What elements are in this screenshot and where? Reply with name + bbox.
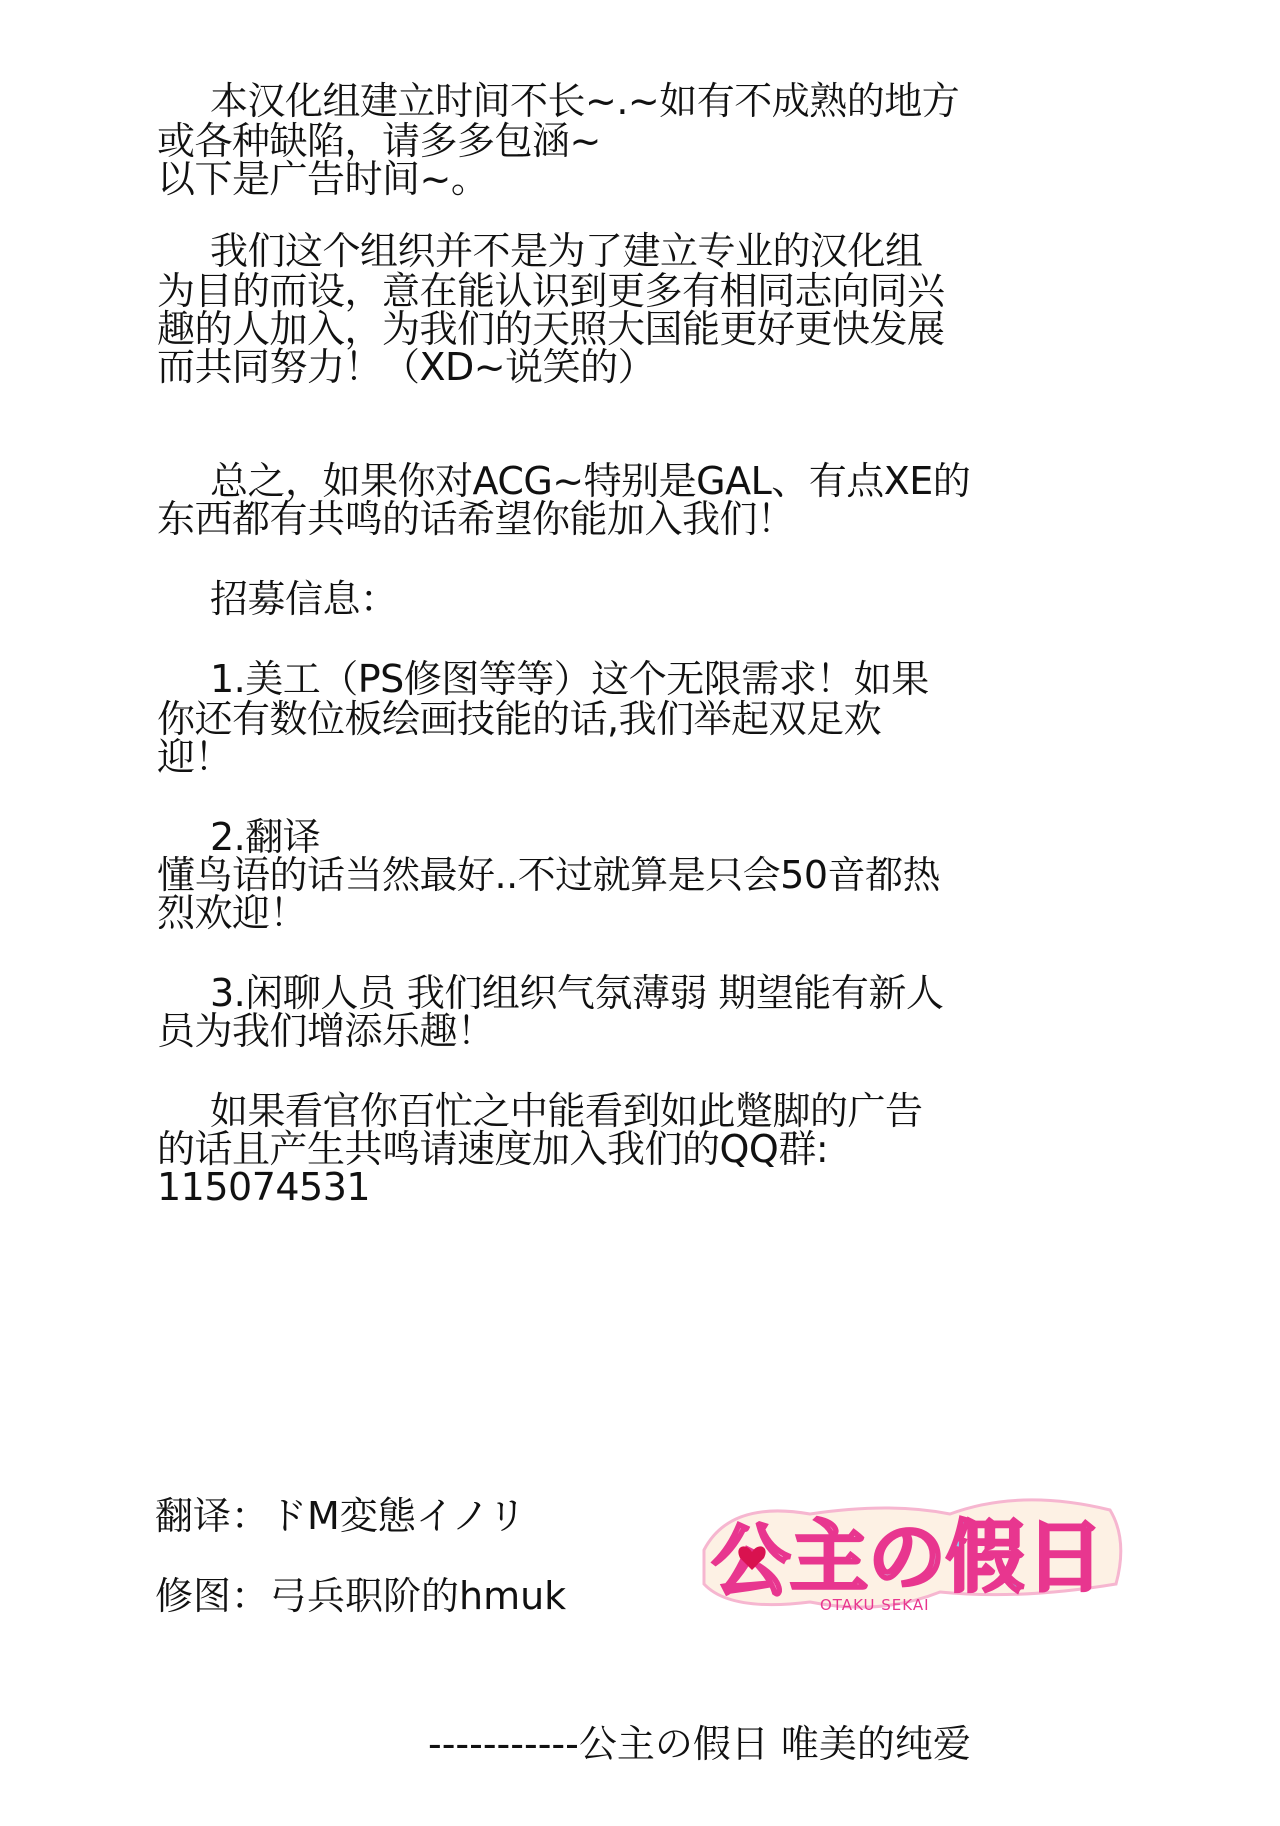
recruit-item-3-line-1: 3.闲聊人员 我们组织气氛薄弱 期望能有新人: [210, 972, 943, 1014]
tagline: -----------公主の假日 唯美的纯爱: [428, 1722, 971, 1766]
contact-line-2: 的话且产生共鸣请速度加入我们的QQ群:: [157, 1128, 828, 1170]
contact-line-1: 如果看官你百忙之中能看到如此蹩脚的广告: [210, 1090, 923, 1132]
purpose-line-4: 而共同努力！（XD~说笑的）: [157, 346, 655, 388]
recruit-item-1-line-1: 1.美工（PS修图等等）这个无限需求！如果: [210, 658, 929, 700]
logo-subtitle: OTAKU SEKAI: [820, 1596, 930, 1614]
recruit-item-1-line-2: 你还有数位板绘画技能的话,我们举起双足欢: [157, 698, 881, 740]
logo-char-5: 日: [1026, 1513, 1104, 1603]
logo-graphic: 公 主 の 假 日 OTAKU SEKAI: [690, 1480, 1130, 1630]
logo-char-2: 主: [790, 1513, 868, 1603]
logo-char-3: の: [868, 1513, 946, 1603]
credit-editing: 修图：弓兵职阶的hmuk: [155, 1574, 566, 1618]
logo-char-4: 假: [946, 1513, 1024, 1603]
intro-line-3: 以下是广告时间~。: [157, 158, 488, 200]
purpose-line-1: 我们这个组织并不是为了建立专业的汉化组: [210, 230, 923, 272]
invite-line-1: 总之，如果你对ACG~特别是GAL、有点XE的: [210, 460, 970, 502]
credit-translation: 翻译：ドM変態イノリ: [155, 1494, 526, 1538]
qq-group-number: 115074531: [157, 1166, 370, 1208]
recruit-item-2-line-1: 2.翻译: [210, 816, 320, 858]
intro-line-2: 或各种缺陷，请多多包涵~: [157, 120, 601, 162]
recruit-item-3-line-2: 员为我们增添乐趣！: [157, 1010, 495, 1052]
purpose-line-3: 趣的人加入，为我们的天照大国能更好更快发展: [157, 308, 945, 350]
recruit-item-1-line-3: 迎！: [157, 736, 232, 778]
recruit-item-2-line-3: 烈欢迎！: [157, 892, 307, 934]
recruit-heading: 招募信息：: [210, 578, 398, 620]
invite-line-2: 东西都有共鸣的话希望你能加入我们！: [157, 498, 795, 540]
purpose-line-2: 为目的而设，意在能认识到更多有相同志向同兴: [157, 270, 945, 312]
intro-line-1: 本汉化组建立时间不长~.~如有不成熟的地方: [210, 80, 959, 122]
recruit-item-2-line-2: 懂鸟语的话当然最好..不过就算是只会50音都热: [157, 854, 940, 896]
otaku-sekai-logo: 公 主 の 假 日 OTAKU SEKAI: [690, 1480, 1130, 1630]
